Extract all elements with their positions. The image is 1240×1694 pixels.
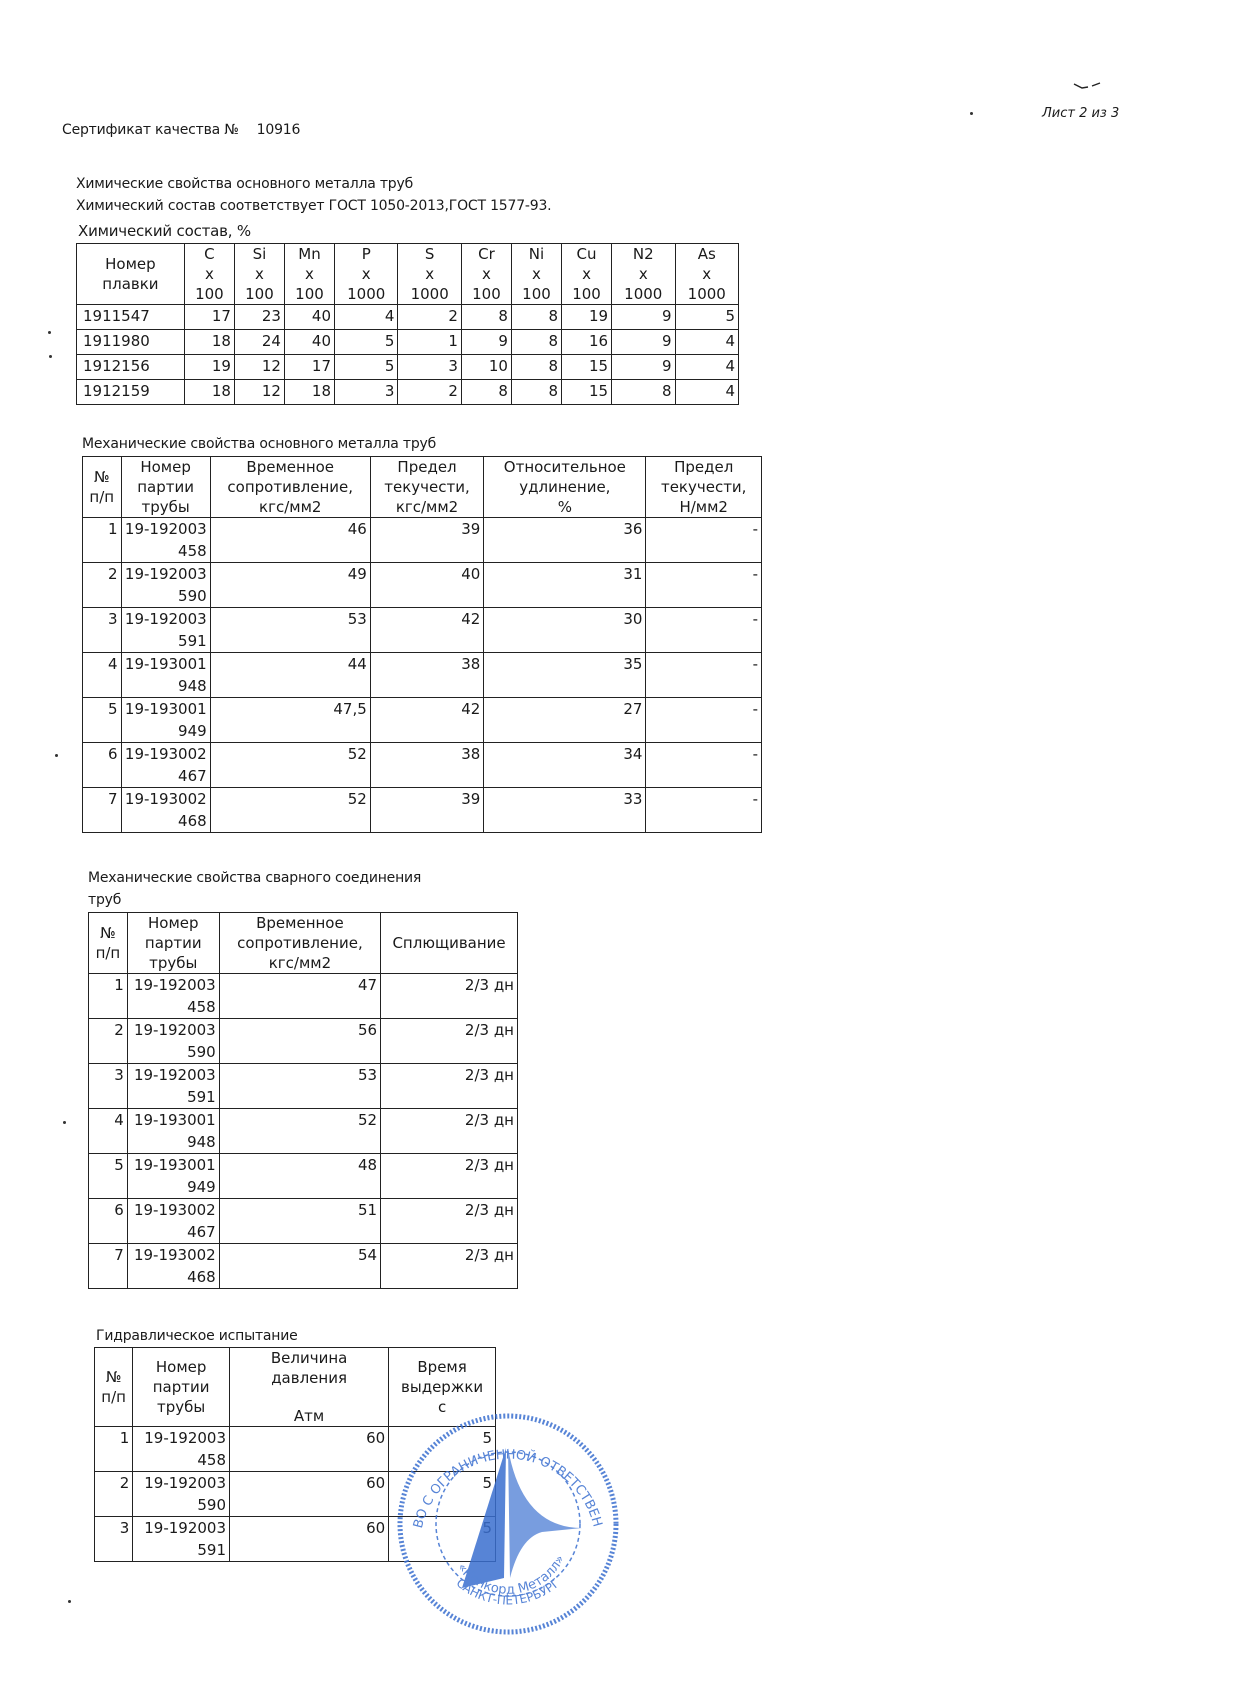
mechanical_weld-header-row: №п/пНомерпартиитрубыВременноесопротивлен… [89,913,518,974]
pressure-header-line: давления [233,1368,385,1388]
lot-number-main: 19-192003 [136,1517,226,1539]
table-row: 191154717234042881995 [77,305,739,330]
table-row: 619-193002467523834- [83,743,762,788]
element-value: 10 [461,355,511,380]
element-value: 12 [234,380,284,405]
element-value: 3 [398,355,461,380]
scan-speck [55,754,58,757]
table-row: 119-192003458472/3 дн [89,974,518,1019]
element-header: Sx1000 [398,244,461,305]
mechanical_base-header-row: №п/пНомерпартиитрубыВременноесопротивлен… [83,457,762,518]
row-number-header-line: п/п [92,943,124,963]
lot-number-suffix: 948 [131,1131,216,1153]
row-number-header: №п/п [83,457,122,518]
lot-number-suffix: 590 [125,585,207,607]
table-row: 319-192003591534230- [83,608,762,653]
heat-number-header-line: Номер [80,254,181,274]
flatten-value: 2/3 дн [381,1109,518,1154]
lot-number: 19-192003591 [133,1517,230,1562]
row-number-header-line: № [98,1367,129,1387]
tensile-value: 47,5 [210,698,370,743]
element-value: 24 [234,330,284,355]
tensile-value: 48 [219,1154,380,1199]
lot-number: 19-193002467 [121,743,210,788]
table-row: 419-193001948443835- [83,653,762,698]
lot-number: 19-192003458 [127,974,219,1019]
element-header: Cux100 [562,244,612,305]
element-value: 19 [562,305,612,330]
heat-number: 1912159 [77,380,185,405]
flatten-value: 2/3 дн [381,974,518,1019]
hydraulic-heading: Гидравлическое испытание [96,1328,298,1344]
lot-number-header-line: партии [136,1377,226,1397]
lot-number-main: 19-193001 [131,1154,216,1176]
elongation-header-line: Относительное [487,457,642,477]
row-number: 1 [95,1427,133,1472]
row-number: 7 [83,788,122,833]
company-stamp-icon: ОБЩЕСТВО С ОГРАНИЧЕННОЙ ОТВЕТСТВЕННОСТЬЮ… [392,1408,624,1640]
yield-n-value: - [646,653,762,698]
multiplier-value: 100 [515,284,558,304]
element-symbol: Ni [515,244,558,264]
lot-number: 19-192003590 [127,1019,219,1064]
tensile-strength-header-line: Временное [214,457,367,477]
lot-number-header-line: партии [131,933,216,953]
yield-strength-header-line: кгс/мм2 [374,497,481,517]
tensile-value: 49 [210,563,370,608]
element-value: 8 [511,305,561,330]
flatten-value: 2/3 дн [381,1154,518,1199]
lot-number-header-line: Номер [125,457,207,477]
yield-n-value: - [646,743,762,788]
chemical-composition-table: НомерплавкиCx100Six100Mnx100Px1000Sx1000… [76,243,739,405]
element-value: 9 [461,330,511,355]
element-value: 17 [184,305,234,330]
lot-number: 19-193001949 [121,698,210,743]
yield-n-value: - [646,698,762,743]
row-number-header-line: п/п [98,1387,129,1407]
chemical-heading: Химические свойства основного металла тр… [76,176,413,192]
table-row: 719-193002468542/3 дн [89,1244,518,1289]
mechanical-base-heading: Механические свойства основного металла … [82,436,436,452]
multiplier-x: x [515,264,558,284]
yield-strength-n-header-line: Предел [649,457,758,477]
table-row: 319-192003591532/3 дн [89,1064,518,1109]
multiplier-x: x [338,264,394,284]
row-number: 4 [89,1109,128,1154]
table-row: 219-192003590494031- [83,563,762,608]
lot-number-main: 19-192003 [136,1427,226,1449]
element-value: 12 [234,355,284,380]
row-number-header-line: № [86,467,118,487]
flattening-header-line: Сплющивание [384,933,514,953]
table-row: 619-193002467512/3 дн [89,1199,518,1244]
yield-n-value: - [646,788,762,833]
lot-number: 19-192003590 [121,563,210,608]
pressure-value: 60 [230,1517,389,1562]
lot-number-header: Номерпартиитрубы [133,1348,230,1427]
table-row: 219-192003590562/3 дн [89,1019,518,1064]
element-value: 5 [335,330,398,355]
lot-number-suffix: 458 [131,996,216,1018]
element-header: Cx100 [184,244,234,305]
chemical-table-title: Химический состав, % [78,222,251,240]
row-number: 3 [83,608,122,653]
lot-number-header-line: Номер [136,1357,226,1377]
element-symbol: N2 [615,244,671,264]
element-value: 17 [284,355,334,380]
lot-number-suffix: 591 [136,1539,226,1561]
yield-strength-header-line: текучести, [374,477,481,497]
elong-value: 34 [484,743,646,788]
element-header: Nix100 [511,244,561,305]
elongation-header-line: % [487,497,642,517]
elongation-header: Относительноеудлинение,% [484,457,646,518]
element-value: 8 [511,380,561,405]
row-number: 1 [89,974,128,1019]
lot-number: 19-192003591 [127,1064,219,1109]
element-value: 4 [675,330,739,355]
tensile-value: 51 [219,1199,380,1244]
yield-strength-n-header: Пределтекучести,Н/мм2 [646,457,762,518]
element-value: 40 [284,305,334,330]
element-value: 9 [612,305,675,330]
pressure-header-line: Величина [233,1348,385,1368]
element-value: 8 [461,305,511,330]
lot-number: 19-193002468 [127,1244,219,1289]
heat-number-header-line: плавки [80,274,181,294]
element-value: 4 [675,380,739,405]
table-row: 119-192003458463936- [83,518,762,563]
pressure-header-line: Атм [233,1406,385,1426]
heat-number-header: Номерплавки [77,244,185,305]
lot-number-main: 19-192003 [136,1472,226,1494]
table-row: 1912156191217531081594 [77,355,739,380]
element-value: 40 [284,330,334,355]
elong-value: 36 [484,518,646,563]
element-symbol: P [338,244,394,264]
element-value: 18 [184,380,234,405]
multiplier-x: x [288,264,331,284]
tensile-strength-header: Временноесопротивление,кгс/мм2 [219,913,380,974]
chemical-header-row: НомерплавкиCx100Six100Mnx100Px1000Sx1000… [77,244,739,305]
multiplier-value: 100 [565,284,608,304]
flattening-header: Сплющивание [381,913,518,974]
element-value: 9 [612,330,675,355]
lot-number-suffix: 948 [125,675,207,697]
flatten-value: 2/3 дн [381,1064,518,1109]
lot-number-main: 19-192003 [125,608,207,630]
sheet-indicator: Лист 2 из 3 [1042,106,1119,121]
tensile-value: 47 [219,974,380,1019]
element-value: 5 [675,305,739,330]
element-header: Px1000 [335,244,398,305]
lot-number-main: 19-192003 [131,1064,216,1086]
table-row: 419-193001948522/3 дн [89,1109,518,1154]
table-row: 191215918121832881584 [77,380,739,405]
elong-value: 31 [484,563,646,608]
row-number-header: №п/п [95,1348,133,1427]
yield-strength-n-header-line: Н/мм2 [649,497,758,517]
tensile-value: 52 [219,1109,380,1154]
tensile-strength-header-line: сопротивление, [214,477,367,497]
element-value: 8 [511,355,561,380]
lot-number-suffix: 590 [136,1494,226,1516]
element-symbol: Cu [565,244,608,264]
lot-number: 19-193002467 [127,1199,219,1244]
yield-value: 38 [370,653,484,698]
element-value: 1 [398,330,461,355]
multiplier-value: 1000 [338,284,394,304]
row-number: 4 [83,653,122,698]
tensile-value: 52 [210,788,370,833]
tensile-strength-header-line: кгс/мм2 [214,497,367,517]
lot-number-header-line: трубы [125,497,207,517]
row-number: 3 [95,1517,133,1562]
lot-number-suffix: 591 [131,1086,216,1108]
element-value: 8 [461,380,511,405]
lot-number-main: 19-192003 [131,974,216,996]
pressure-header-line [233,1388,385,1406]
multiplier-x: x [679,264,736,284]
multiplier-value: 1000 [401,284,457,304]
element-symbol: Cr [465,244,508,264]
scan-speck [970,112,973,115]
yield-strength-header: Пределтекучести,кгс/мм2 [370,457,484,518]
lot-number-main: 19-193002 [125,743,207,765]
row-number: 2 [95,1472,133,1517]
element-value: 3 [335,380,398,405]
elong-value: 27 [484,698,646,743]
signature-mark-icon [1070,80,1110,94]
pressure-value: 60 [230,1472,389,1517]
element-value: 4 [675,355,739,380]
row-number-header-line: п/п [86,487,118,507]
lot-number: 19-193001948 [121,653,210,698]
multiplier-x: x [465,264,508,284]
element-value: 8 [612,380,675,405]
element-header: Crx100 [461,244,511,305]
element-value: 9 [612,355,675,380]
element-value: 8 [511,330,561,355]
multiplier-value: 1000 [679,284,736,304]
lot-number-main: 19-193002 [125,788,207,810]
table-row: 191198018244051981694 [77,330,739,355]
row-number: 1 [83,518,122,563]
row-number: 6 [89,1199,128,1244]
yield-value: 39 [370,518,484,563]
lot-number-suffix: 458 [125,540,207,562]
tensile-value: 56 [219,1019,380,1064]
element-symbol: Si [238,244,281,264]
yield-value: 42 [370,698,484,743]
multiplier-value: 100 [188,284,231,304]
lot-number: 19-192003458 [133,1427,230,1472]
element-header: Asx1000 [675,244,739,305]
lot-number-suffix: 949 [131,1176,216,1198]
element-value: 4 [335,305,398,330]
element-symbol: S [401,244,457,264]
element-symbol: C [188,244,231,264]
pressure-value: 60 [230,1427,389,1472]
element-value: 15 [562,355,612,380]
lot-number-header-line: Номер [131,913,216,933]
yield-value: 39 [370,788,484,833]
element-value: 15 [562,380,612,405]
lot-number: 19-192003590 [133,1472,230,1517]
row-number: 2 [83,563,122,608]
element-value: 16 [562,330,612,355]
element-value: 23 [234,305,284,330]
yield-strength-n-header-line: текучести, [649,477,758,497]
multiplier-x: x [565,264,608,284]
lot-number-header: Номерпартиитрубы [121,457,210,518]
lot-number-main: 19-193001 [131,1109,216,1131]
flatten-value: 2/3 дн [381,1244,518,1289]
lot-number: 19-193001948 [127,1109,219,1154]
table-row: 519-193001949482/3 дн [89,1154,518,1199]
lot-number-header-line: трубы [136,1397,226,1417]
multiplier-value: 100 [465,284,508,304]
tensile-value: 44 [210,653,370,698]
mechanical-weld-heading-line1: Механические свойства сварного соединени… [88,870,421,886]
lot-number-main: 19-192003 [125,563,207,585]
heat-number: 1911547 [77,305,185,330]
certificate-title-label: Сертификат качества № [62,122,239,138]
lot-number: 19-193002468 [121,788,210,833]
pressure-header: ВеличинадавленияАтм [230,1348,389,1427]
certificate-number: 10916 [257,122,301,138]
tensile-value: 54 [219,1244,380,1289]
tensile-strength-header-line: сопротивление, [223,933,377,953]
elong-value: 30 [484,608,646,653]
row-number: 7 [89,1244,128,1289]
element-header: Six100 [234,244,284,305]
row-number: 5 [83,698,122,743]
mechanical-base-table: №п/пНомерпартиитрубыВременноесопротивлен… [82,456,762,833]
lot-number-suffix: 467 [131,1221,216,1243]
tensile-value: 52 [210,743,370,788]
multiplier-x: x [401,264,457,284]
lot-number-suffix: 458 [136,1449,226,1471]
yield-n-value: - [646,608,762,653]
lot-number: 19-192003458 [121,518,210,563]
lot-number-suffix: 591 [125,630,207,652]
lot-number-suffix: 590 [131,1041,216,1063]
tensile-strength-header-line: кгс/мм2 [223,953,377,973]
lot-number-main: 19-193002 [131,1199,216,1221]
tensile-strength-header-line: Временное [223,913,377,933]
lot-number-main: 19-193001 [125,653,207,675]
hold-time-header-line: Время [392,1357,492,1377]
row-number-header: №п/п [89,913,128,974]
mechanical-weld-heading-line2: труб [88,892,121,908]
lot-number-main: 19-193002 [131,1244,216,1266]
element-value: 18 [284,380,334,405]
multiplier-x: x [188,264,231,284]
scan-speck [49,355,52,358]
element-header: N2x1000 [612,244,675,305]
row-number: 5 [89,1154,128,1199]
row-number: 6 [83,743,122,788]
yield-value: 38 [370,743,484,788]
chemical-compliance: Химический состав соответствует ГОСТ 105… [76,198,551,214]
element-value: 2 [398,380,461,405]
lot-number-suffix: 467 [125,765,207,787]
elong-value: 35 [484,653,646,698]
tensile-value: 53 [219,1064,380,1109]
flatten-value: 2/3 дн [381,1019,518,1064]
lot-number-header-line: трубы [131,953,216,973]
lot-number-header-line: партии [125,477,207,497]
scan-speck [68,1600,71,1603]
element-value: 18 [184,330,234,355]
heat-number: 1912156 [77,355,185,380]
multiplier-value: 100 [288,284,331,304]
scan-speck [48,331,51,334]
tensile-strength-header: Временноесопротивление,кгс/мм2 [210,457,370,518]
lot-number: 19-192003591 [121,608,210,653]
lot-number-header: Номерпартиитрубы [127,913,219,974]
flatten-value: 2/3 дн [381,1199,518,1244]
lot-number-main: 19-193001 [125,698,207,720]
row-number-header-line: № [92,923,124,943]
lot-number: 19-193001949 [127,1154,219,1199]
multiplier-value: 100 [238,284,281,304]
element-value: 19 [184,355,234,380]
row-number: 3 [89,1064,128,1109]
yield-value: 40 [370,563,484,608]
elongation-header-line: удлинение, [487,477,642,497]
multiplier-value: 1000 [615,284,671,304]
element-symbol: As [679,244,736,264]
heat-number: 1911980 [77,330,185,355]
lot-number-suffix: 468 [125,810,207,832]
yield-value: 42 [370,608,484,653]
element-value: 5 [335,355,398,380]
lot-number-suffix: 949 [125,720,207,742]
element-header: Mnx100 [284,244,334,305]
yield-n-value: - [646,563,762,608]
tensile-value: 53 [210,608,370,653]
lot-number-main: 19-192003 [131,1019,216,1041]
tensile-value: 46 [210,518,370,563]
multiplier-x: x [615,264,671,284]
lot-number-main: 19-192003 [125,518,207,540]
elong-value: 33 [484,788,646,833]
table-row: 719-193002468523933- [83,788,762,833]
hold-time-header-line: выдержки [392,1377,492,1397]
yield-n-value: - [646,518,762,563]
element-symbol: Mn [288,244,331,264]
multiplier-x: x [238,264,281,284]
element-value: 2 [398,305,461,330]
table-row: 519-19300194947,54227- [83,698,762,743]
certificate-title: Сертификат качества №10916 [62,122,300,138]
mechanical-weld-table: №п/пНомерпартиитрубыВременноесопротивлен… [88,912,518,1289]
row-number: 2 [89,1019,128,1064]
lot-number-suffix: 468 [131,1266,216,1288]
yield-strength-header-line: Предел [374,457,481,477]
scan-speck [63,1121,66,1124]
